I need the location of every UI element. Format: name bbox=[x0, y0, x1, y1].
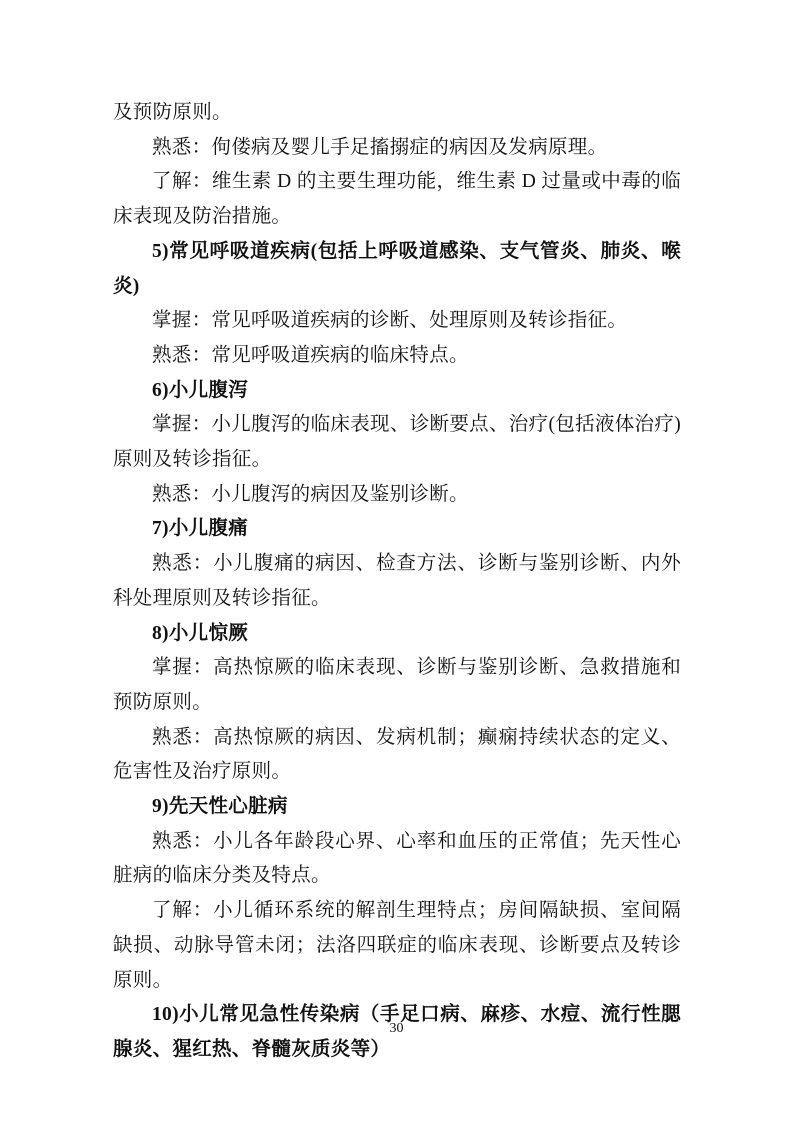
section-heading: 5)常见呼吸道疾病(包括上呼吸道感染、支气管炎、肺炎、喉炎) bbox=[113, 235, 681, 304]
paragraph-continuation: 及预防原则。 bbox=[113, 96, 681, 131]
section-heading: 9)先天性心脏病 bbox=[113, 790, 681, 825]
document-content: 及预防原则。熟悉：佝偻病及婴儿手足搐搦症的病因及发病原理。了解：维生素 D 的主… bbox=[113, 96, 681, 1068]
paragraph: 掌握：常见呼吸道疾病的诊断、处理原则及转诊指征。 bbox=[113, 304, 681, 339]
paragraph: 熟悉：常见呼吸道疾病的临床特点。 bbox=[113, 339, 681, 374]
paragraph: 了解：维生素 D 的主要生理功能，维生素 D 过量或中毒的临床表现及防治措施。 bbox=[113, 165, 681, 234]
paragraph: 熟悉：佝偻病及婴儿手足搐搦症的病因及发病原理。 bbox=[113, 131, 681, 166]
section-heading: 7)小儿腹痛 bbox=[113, 512, 681, 547]
paragraph: 熟悉：高热惊厥的病因、发病机制；癫痫持续状态的定义、危害性及治疗原则。 bbox=[113, 721, 681, 790]
page-number: 30 bbox=[0, 1021, 793, 1037]
section-heading: 6)小儿腹泻 bbox=[113, 374, 681, 409]
paragraph: 熟悉：小儿腹泻的病因及鉴别诊断。 bbox=[113, 478, 681, 513]
paragraph: 熟悉：小儿各年龄段心界、心率和血压的正常值；先天性心脏病的临床分类及特点。 bbox=[113, 825, 681, 894]
paragraph: 了解：小儿循环系统的解剖生理特点；房间隔缺损、室间隔缺损、动脉导管未闭；法洛四联… bbox=[113, 894, 681, 998]
section-heading: 8)小儿惊厥 bbox=[113, 617, 681, 652]
paragraph: 熟悉：小儿腹痛的病因、检查方法、诊断与鉴别诊断、内外科处理原则及转诊指征。 bbox=[113, 547, 681, 616]
document-page: 及预防原则。熟悉：佝偻病及婴儿手足搐搦症的病因及发病原理。了解：维生素 D 的主… bbox=[0, 0, 793, 1122]
paragraph: 掌握：小儿腹泻的临床表现、诊断要点、治疗(包括液体治疗)原则及转诊指征。 bbox=[113, 408, 681, 477]
paragraph: 掌握：高热惊厥的临床表现、诊断与鉴别诊断、急救措施和预防原则。 bbox=[113, 651, 681, 720]
